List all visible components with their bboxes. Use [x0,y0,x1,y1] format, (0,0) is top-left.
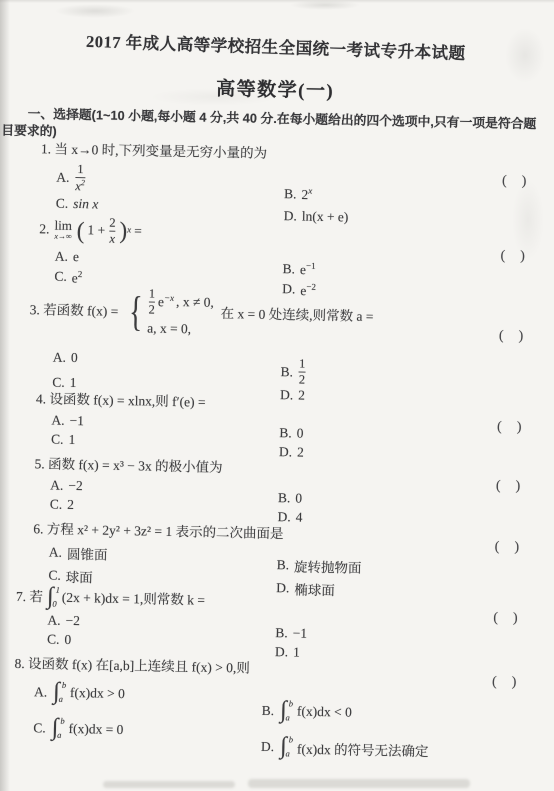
case-row-2: a, x = 0, [147,320,213,340]
question-4-option-a: A.−1 [51,413,279,434]
option-label: A. [56,169,69,185]
bracket-close: ) [515,479,520,494]
option-label: C. [56,196,69,212]
stem-text: 3. 若函数 f(x) = [30,301,119,322]
bracket-close: ) [520,249,525,264]
option-value: f(x)dx > 0 [70,685,125,702]
integral-upper-bound: b [289,700,293,709]
bracket-open: ( [500,248,505,263]
stem-text: 在 x = 0 处连续,则常数 a = [220,305,373,327]
question-6-answer-bracket: () [495,540,520,556]
cases-rows: 12 e−x , x ≠ 0, a, x = 0, [147,287,214,339]
option-label: C. [50,497,63,513]
case-row-1: 12 e−x , x ≠ 0, [147,287,214,318]
option-value: −2 [68,478,83,494]
question-8-option-c: C. ∫ba f(x)dx = 0 [33,716,261,745]
stem-text: (2x + k)dx = 1,则常数 k = [62,589,206,611]
option-value: 2x [301,186,312,204]
integral-lower-bound: a [59,694,63,703]
question-4-options: A.−1 B.0 C.1 D.2 [51,413,546,458]
question-5-options: A.−2 B.0 C.2 D.4 [50,478,545,523]
fraction: 2x [109,216,116,245]
fraction-numerator: 1 [149,288,156,301]
page-content: 2017 年成人高等学校招生全国统一考试专升本试题 高等数学(一) 一、选择题(… [0,0,554,771]
question-5-option-c: C.2 [50,497,278,518]
option-value: f(x)dx < 0 [297,704,352,721]
scanned-exam-page: 2017 年成人高等学校招生全国统一考试专升本试题 高等数学(一) 一、选择题(… [0,0,554,791]
question-1: 1. 当 x→0 时,下列变量是无穷小量的为 () A. 1x2 B. 2x C… [0,139,551,225]
question-7-option-b: B.−1 [275,625,541,646]
bracket-close: ) [512,675,517,690]
expression-text: 1 + [87,221,105,240]
fraction-denominator: x [109,233,115,246]
equals-sign: = [134,222,142,241]
question-7: 7. 若 ∫10 (2x + k)dx = 1,则常数 k = () A.−2 … [0,585,542,666]
option-label: A. [50,478,63,494]
option-label: C. [51,432,64,448]
piecewise-cases: { 12 e−x , x ≠ 0, a, x = 0, [125,287,214,340]
question-number: 2. [39,220,50,239]
option-label: A. [55,248,68,264]
question-3-stem: 3. 若函数 f(x) = { 12 e−x , x ≠ 0, a, x = 0… [29,285,548,347]
question-6: 6. 方程 x² + 2y² + 3z² = 1 表示的二次曲面是 () A.圆… [0,520,543,596]
option-value: 球面 [66,566,93,587]
question-3-option-b: B. 12 [280,357,547,392]
integral-bounds: ba [60,681,65,705]
option-value: 2 [297,445,304,461]
limit-word: lim [54,219,72,232]
option-label: C. [33,720,46,736]
question-7-answer-bracket: () [493,611,518,627]
scan-artifact [103,781,235,788]
exam-title: 2017 年成人高等学校招生全国统一考试专升本试题 [0,0,554,67]
option-value: 0 [295,491,302,507]
option-label: A. [47,613,60,629]
question-7-option-a: A.−2 [47,613,275,634]
option-value: 0 [64,632,71,648]
option-label: B. [282,261,295,277]
question-4: 4. 设函数 f(x) = xlnx,则 f′(e) = () A.−1 B.0… [0,390,546,466]
bracket-close: ) [518,329,523,344]
question-1-options: A. 1x2 B. 2x C. sin x D. ln(x + e) [56,162,551,221]
option-value: −1 [293,626,308,642]
option-label: D. [279,444,292,460]
integral-lower-bound: a [285,713,289,722]
option-value: 1 [69,375,76,391]
integral-upper-bound: 1 [56,586,60,595]
question-1-option-c: C. sin x [56,196,284,217]
scan-artifact [248,779,470,788]
question-3-answer-bracket: () [499,329,524,345]
integral-lower-bound: a [57,730,61,739]
option-label: A. [49,545,62,561]
question-2: 2. limx→∞ ( 1 + 2x )x = () A. e B. e−1 [0,214,550,295]
fraction-denominator: x2 [75,179,85,193]
bracket-open: ( [495,540,500,555]
option-label: C. [52,375,65,391]
fraction-numerator: 1 [77,163,84,176]
option-value: f(x)dx 的符号无法确定 [297,738,429,761]
option-value: 2 [67,497,74,513]
option-value: 0 [297,426,304,442]
question-8-option-a: A. ∫ba f(x)dx > 0 [34,680,262,709]
option-label: C. [47,632,60,648]
option-value: sin x [73,196,98,213]
integral-bounds: ba [286,736,291,760]
integral-upper-bound: b [289,736,293,745]
option-value: f(x)dx = 0 [68,721,123,738]
question-7-options: A.−2 B.−1 C.0 D.1 [47,613,542,658]
option-value: 0 [71,350,78,366]
option-label: B. [276,557,289,573]
bracket-open: ( [499,329,504,344]
fraction: 12 [148,288,155,317]
fraction: 1x2 [75,163,85,194]
integral-lower-bound: a [286,749,290,758]
stem-text: 7. 若 [16,588,43,607]
question-1-option-a: A. 1x2 [56,162,285,197]
option-label: D. [261,739,274,755]
option-label: C. [48,568,61,584]
option-label: C. [54,269,67,285]
integral-upper-bound: b [60,717,64,726]
option-value: e−1 [300,261,316,279]
question-8-option-b: B. ∫ba f(x)dx < 0 [261,699,539,729]
integral-bounds: 10 [53,586,58,610]
question-5-option-a: A.−2 [50,478,278,499]
integral: ∫ba [53,681,64,705]
integral-lower-bound: 0 [52,599,56,608]
option-value: e [73,249,79,265]
option-label: B. [275,625,288,641]
bracket-open: ( [492,675,497,690]
integral-bounds: ba [286,700,291,724]
question-8-options: A. ∫ba f(x)dx > 0 B. ∫ba f(x)dx < 0 C. ∫… [33,680,540,750]
option-label: B. [262,703,275,719]
option-value: 1 [68,432,75,448]
integral: ∫ba [51,717,62,741]
integral-upper-bound: b [62,681,66,690]
option-label: B. [278,490,291,506]
option-label: A. [53,349,66,365]
bracket-close: ) [514,540,519,555]
integral: ∫ba [280,735,291,759]
question-7-option-c: C.0 [47,632,275,653]
integral: ∫10 [47,586,58,610]
option-value: e2 [72,268,83,286]
option-label: D. [275,644,288,660]
fraction-denominator: 2 [299,374,306,387]
question-6-option-b: B.旋转抛物面 [276,555,542,580]
question-6-option-a: A.圆锥面 [49,543,277,568]
option-value: 旋转抛物面 [294,556,362,577]
option-label: B. [279,425,292,441]
question-5: 5. 函数 f(x) = x³ − 3x 的极小值为 () A.−2 B.0 C… [0,455,545,531]
option-value: −2 [65,613,80,629]
limit-subscript: x→∞ [54,233,71,241]
case-expression: e−x [158,292,174,313]
option-value: −1 [69,413,84,429]
question-2-answer-bracket: () [500,248,525,264]
question-5-answer-bracket: () [496,479,521,495]
exam-subtitle: 高等数学(一) [0,69,552,107]
question-8-answer-bracket: () [492,675,517,691]
cases-brace: { [128,295,142,331]
limit-expression: limx→∞ [54,219,72,241]
integral: ∫ba [280,699,291,723]
option-value: 圆锥面 [67,543,108,564]
question-2-option-a: A. e [55,248,283,270]
option-label: D. [277,509,290,525]
option-label: B. [284,186,297,202]
paren-close-group: )x [119,219,131,244]
option-label: A. [51,413,64,429]
fraction: 12 [299,358,306,387]
fraction-denominator: 2 [148,304,155,317]
case-condition: , x ≠ 0, [176,293,214,313]
question-4-option-c: C.1 [51,432,279,453]
option-value: 4 [296,510,303,526]
integral-bounds: ba [58,717,63,741]
bracket-open: ( [493,611,498,626]
option-label: B. [280,364,293,380]
question-3-option-a: A. 0 [52,343,281,377]
option-value: 1 [293,645,300,661]
question-8-option-d: D. ∫ba f(x)dx 的符号无法确定 [261,735,539,765]
question-8: 8. 设函数 f(x) 在[a,b]上连续且 f(x) > 0,则 () A. … [0,655,541,771]
bracket-close: ) [513,611,518,626]
option-label: A. [34,684,47,700]
fraction-numerator: 2 [109,216,116,229]
question-3: 3. 若函数 f(x) = { 12 e−x , x ≠ 0, a, x = 0… [0,284,548,400]
fraction-numerator: 1 [299,358,306,371]
paren-open: ( [77,218,85,242]
bracket-open: ( [496,479,501,494]
